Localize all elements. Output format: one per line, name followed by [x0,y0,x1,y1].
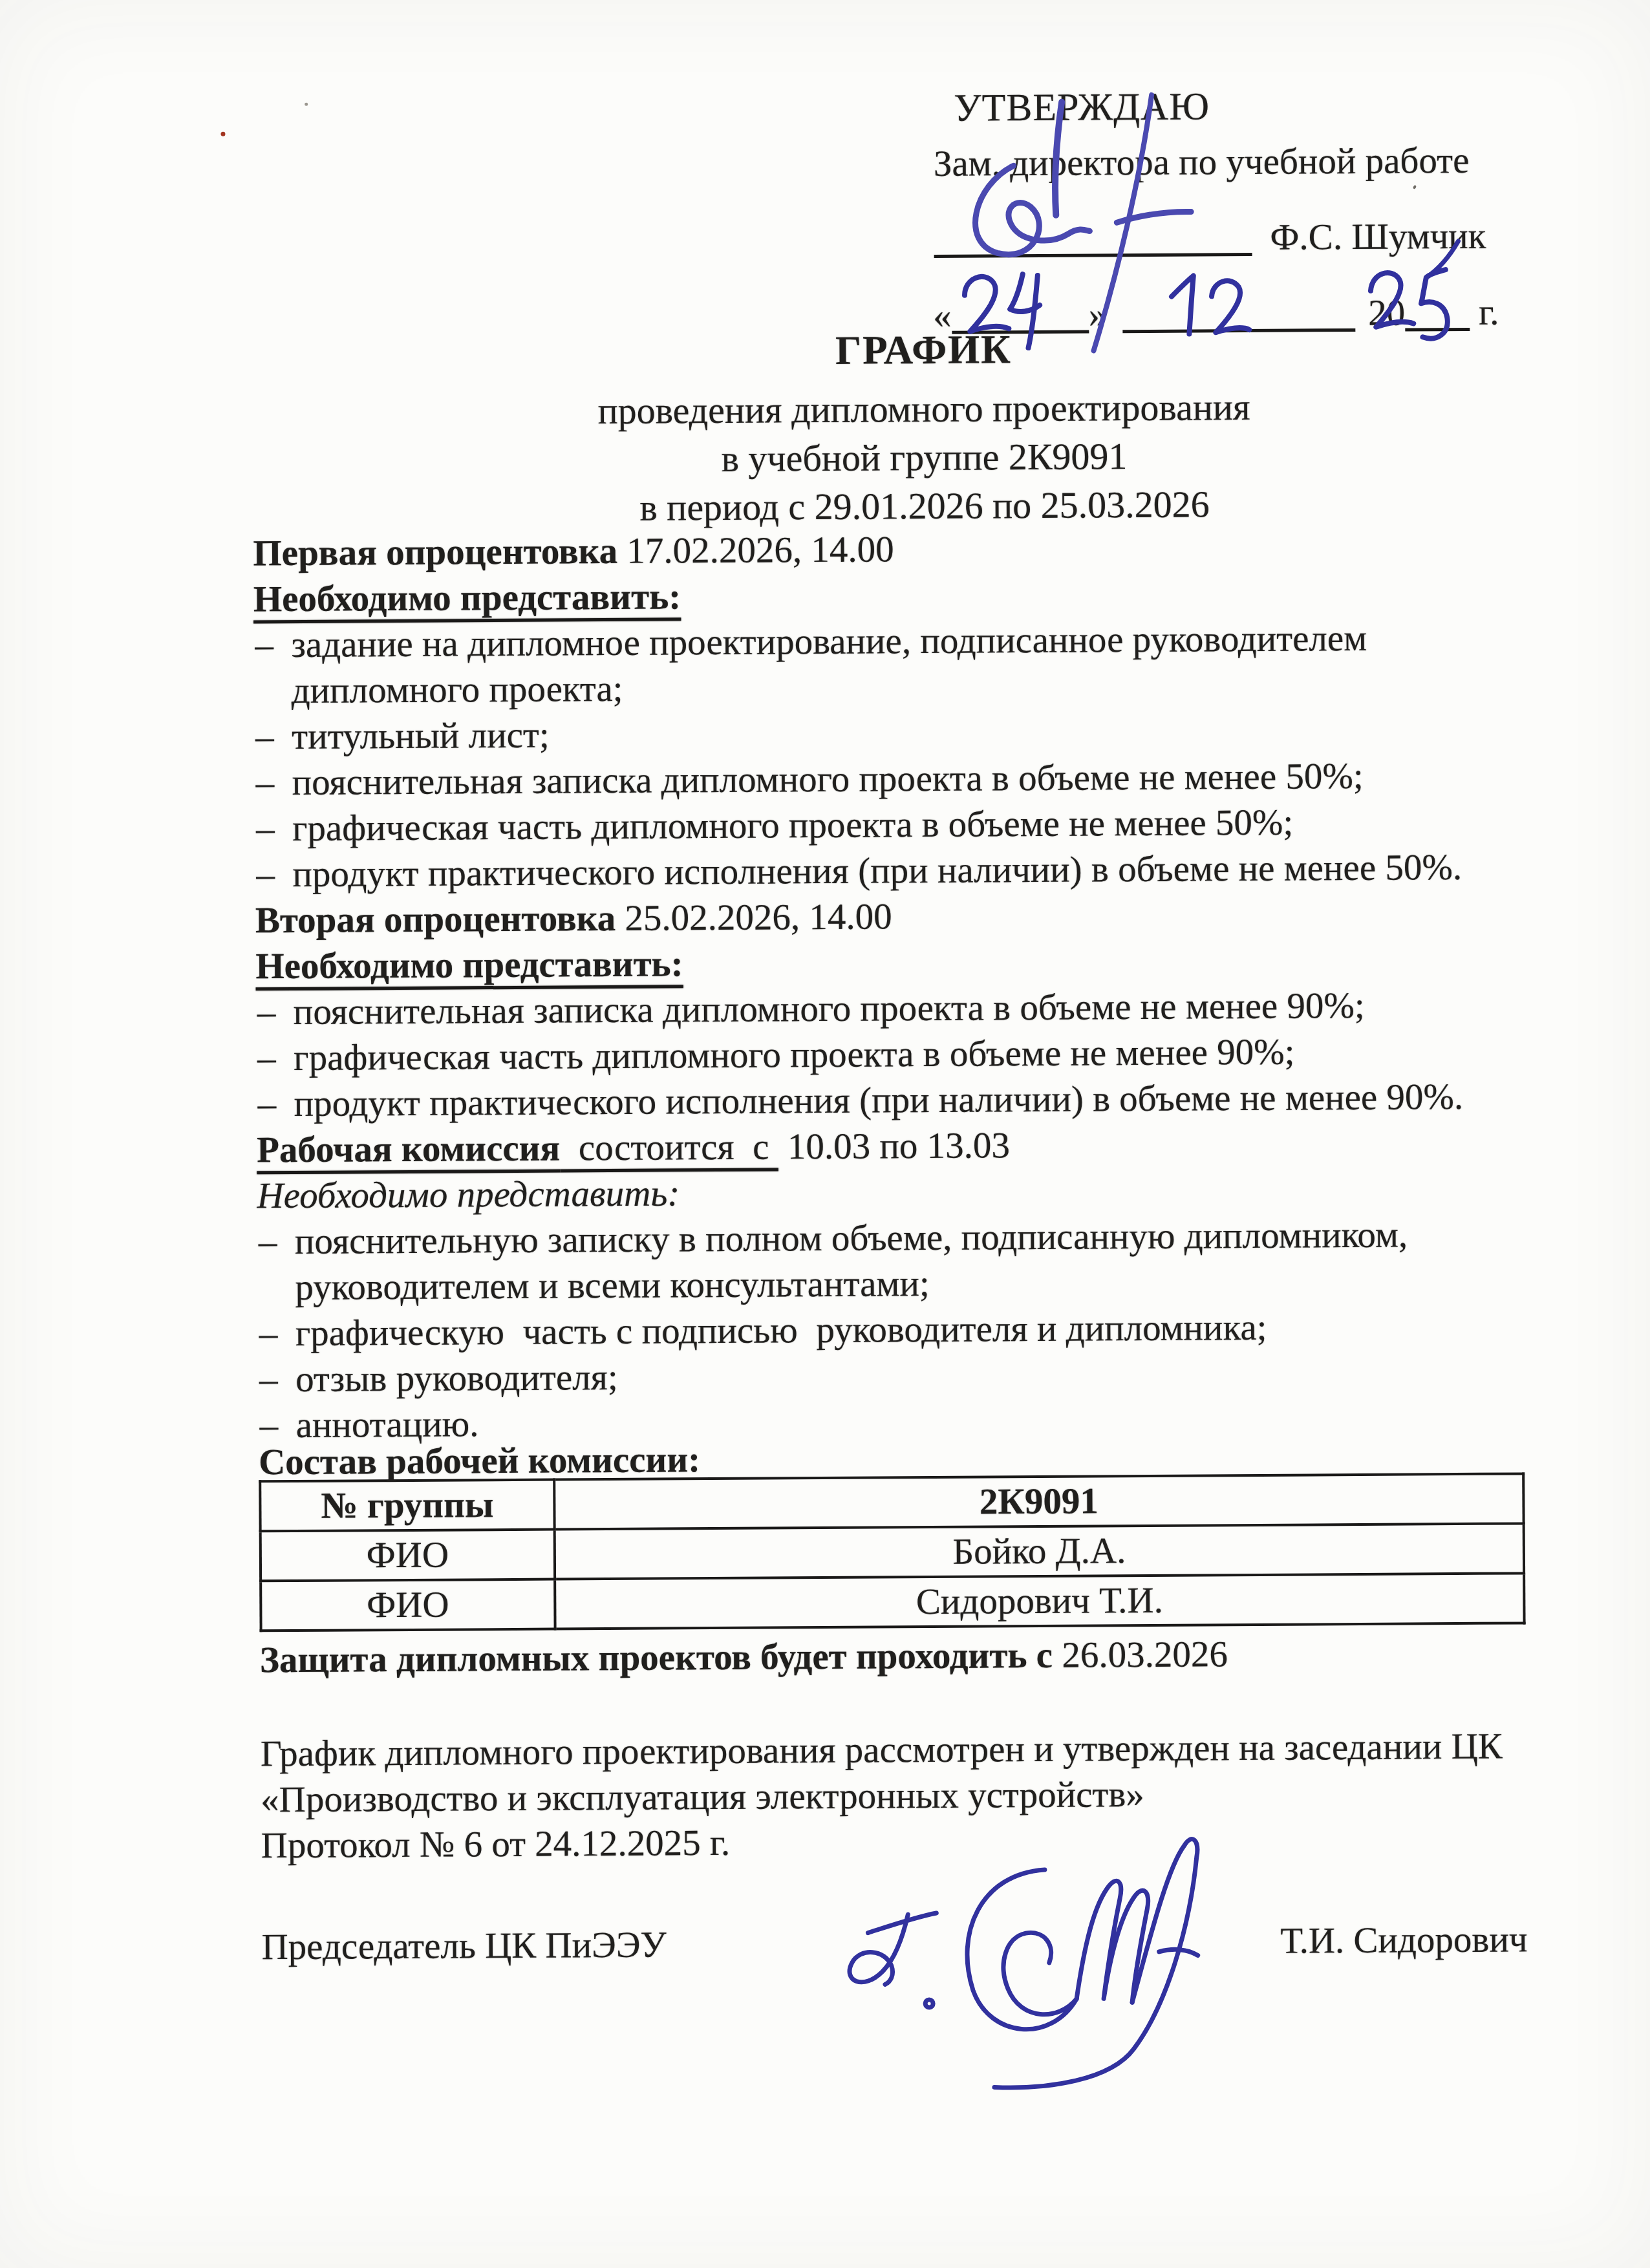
scanned-sheet: УТВЕРЖДАЮ Зам. директора по учебной рабо… [0,0,1650,2268]
title-subtitle-1: проведения дипломного проектирования [330,381,1518,436]
commission-list: – пояснительную записку в полном объеме,… [257,1211,1525,1448]
approval-word: УТВЕРЖДАЮ [954,87,1210,127]
list-item: –аннотацию. [258,1395,1524,1448]
table-cell-fio-value: Сидорович Т.И. [555,1573,1524,1629]
list-item: –продукт практического исполнения (при н… [255,844,1521,897]
title-group: в учебной группе 2К9091 [330,429,1518,485]
commission-dates-heading: Рабочая комиссия состоится с 10.03 по 13… [257,1119,1523,1173]
scan-speck [305,103,308,106]
table-row: ФИО Бойко Д.А. [261,1523,1524,1581]
table-cell-group-label: № группы [260,1480,554,1532]
commission-dates: 10.03 по 13.03 [778,1125,1010,1167]
scan-speck [1413,185,1417,189]
list-item: –пояснительная записка дипломного проект… [256,981,1522,1035]
document-title: ГРАФИК [329,322,1517,378]
approver-name: Ф.С. Шумчик [1270,216,1486,258]
table-cell-fio-label: ФИО [261,1530,555,1581]
document-body: Первая опроцентовка 17.02.2026, 14.00 Не… [253,522,1528,1970]
checkpoint1-date: 17.02.2026, 14.00 [617,529,894,572]
list-item: – пояснительную записку в полном объеме,… [257,1211,1524,1311]
commission-need: Необходимо представить: [257,1165,1523,1219]
footer-signature-row: Председатель ЦК ПиЭЭУ Т.И. Сидорович [261,1916,1527,1970]
approver-role: Зам. директора по учебной работе [934,142,1470,182]
list-item: –графическая часть дипломного проекта в … [256,1027,1522,1081]
checkpoint1-need: Необходимо представить: [253,568,1519,622]
chair-role: Председатель ЦК ПиЭЭУ [261,1922,667,1971]
title-block: ГРАФИК проведения дипломного проектирова… [252,322,1519,534]
list-item: –титульный лист; [254,706,1520,760]
table-row: ФИО Сидорович Т.И. [261,1573,1524,1631]
list-item: –пояснительная записка дипломного проект… [254,752,1520,806]
checkpoint2-list: –пояснительная записка дипломного проект… [256,981,1523,1127]
list-item: – задание на дипломное проектирование, п… [253,614,1520,714]
scan-speck [220,132,225,136]
list-item: –графическую часть с подписью руководите… [258,1303,1524,1356]
table-cell-fio-label: ФИО [261,1579,555,1631]
checkpoint2-title: Вторая опроцентовка [255,898,616,941]
table-row: № группы 2К9091 [260,1473,1523,1531]
approval-block: УТВЕРЖДАЮ Зам. директора по учебной рабо… [932,85,1565,89]
checkpoint1-title: Первая опроцентовка [253,531,617,573]
signature-blank-line [934,222,1252,258]
checkpoint2-date: 25.02.2026, 14.00 [616,896,892,939]
document-page: УТВЕРЖДАЮ Зам. директора по учебной рабо… [0,0,1650,2268]
commission-title: Рабочая комиссия [257,1128,561,1171]
signature-name-line: Ф.С. Шумчик [934,215,1486,258]
chair-name: Т.И. Сидорович [1280,1916,1528,1963]
list-item: –продукт практического исполнения (при н… [256,1073,1522,1127]
checkpoint1-list: – задание на дипломное проектирование, п… [253,614,1521,897]
closing-paragraph: График дипломного проектирования рассмот… [261,1723,1527,1868]
commission-table: № группы 2К9091 ФИО Бойко Д.А. ФИО Сидор… [259,1472,1525,1632]
list-item: –графическая часть дипломного проекта в … [255,798,1521,851]
list-item: –отзыв руководителя; [258,1349,1524,1402]
table-cell-fio-value: Бойко Д.А. [555,1523,1524,1579]
checkpoint2-heading: Вторая опроцентовка 25.02.2026, 14.00 [255,890,1521,943]
checkpoint1-heading: Первая опроцентовка 17.02.2026, 14.00 [253,522,1519,576]
checkpoint2-need: Необходимо представить: [255,936,1521,989]
defense-line: Защита дипломных проектов будет проходит… [260,1629,1526,1683]
